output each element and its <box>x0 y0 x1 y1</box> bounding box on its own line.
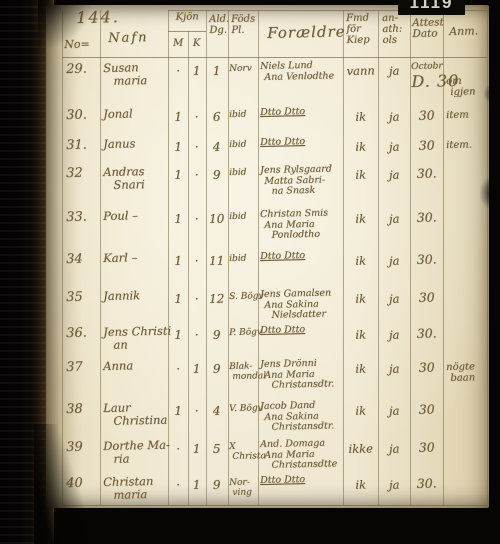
register-table: 144. No= Nafn Kjön M K Ald.Dg. FödsPl. F… <box>0 0 500 544</box>
column-header-parents: Forældre <box>267 22 346 42</box>
vaccinated-cell: ja <box>380 211 408 226</box>
parents-cell: Dtto Dtto <box>260 474 342 486</box>
birthplace-cell: Norv <box>229 63 257 74</box>
parents-cell: Jens GamalsenAna SakinaNielsdatter <box>260 288 343 321</box>
column-header-attest-date: AttestDato <box>412 17 444 40</box>
gender-female-cell: · <box>189 140 204 154</box>
birthplace-cell: Blak-mondal <box>229 361 257 382</box>
age-cell: 9 <box>207 328 226 342</box>
gender-female-cell: · <box>189 292 204 306</box>
pox-before-cell: ikke <box>345 441 376 456</box>
name-cell: Janus <box>103 137 167 151</box>
parents-cell: Jens DrönniAna MariaChristansdtr. <box>260 358 343 391</box>
age-cell: 5 <box>207 442 226 456</box>
row-number-cell: 32 <box>66 165 98 181</box>
row-number-cell: 31. <box>66 137 98 153</box>
grid-line-vertical <box>100 10 101 505</box>
grid-line-vertical <box>258 10 259 505</box>
vaccinated-cell: ja <box>380 109 408 124</box>
vaccinated-cell: ja <box>380 441 408 456</box>
attest-date-cell: OctobrD. 30 <box>411 61 443 91</box>
pox-before-cell: ik <box>345 139 376 154</box>
birthplace-cell: P. Bögv <box>229 327 257 338</box>
row-number-cell: 37 <box>66 359 98 375</box>
birthplace-cell: Nor-ving <box>229 477 257 498</box>
attest-date-cell: 30 <box>411 439 442 455</box>
pox-before-cell: ik <box>345 211 376 226</box>
name-cell: Jonal <box>103 107 167 121</box>
attest-date-cell: 30. <box>411 325 442 341</box>
pox-before-cell: ik <box>345 477 376 492</box>
gender-male-cell: · <box>170 442 186 456</box>
gender-subheader-k: K <box>189 38 204 49</box>
grid-line-horizontal <box>62 505 487 506</box>
gender-male-cell: 1 <box>170 212 186 226</box>
vaccinated-cell: ja <box>380 361 408 376</box>
row-number-cell: 34 <box>66 251 98 267</box>
parents-cell: Niels LundAna Venlodthe <box>260 60 342 83</box>
row-number-cell: 33. <box>66 209 98 225</box>
pox-before-cell: ik <box>345 327 376 342</box>
row-number-cell: 39 <box>66 439 98 455</box>
attest-date-cell: 30 <box>411 107 442 123</box>
gender-male-cell: 1 <box>170 110 186 124</box>
age-cell: 9 <box>207 362 226 376</box>
vaccinated-cell: ja <box>380 327 408 342</box>
column-header-name: Nafn <box>108 30 149 46</box>
column-header-vaccinated: an-ath:ols <box>382 13 402 46</box>
name-cell: Anna <box>103 359 167 373</box>
gender-female-cell: 1 <box>189 442 204 456</box>
parents-cell: Dtto Dtto <box>260 324 342 336</box>
column-header-age: Ald.Dg. <box>209 14 229 36</box>
gender-male-cell: 1 <box>170 404 186 418</box>
name-cell: AndrasSnari <box>103 165 168 192</box>
remark-cell: omigjen <box>446 75 486 98</box>
film-frame-tab: 1119 <box>398 0 465 15</box>
birthplace-cell: ibid <box>229 167 257 178</box>
vaccinated-cell: ja <box>380 63 408 78</box>
gender-male-cell: 1 <box>170 254 186 268</box>
vaccinated-cell: ja <box>380 291 408 306</box>
attest-date-cell: 30 <box>411 401 442 417</box>
birthplace-cell: ibid <box>229 253 257 264</box>
register-photo: 144. No= Nafn Kjön M K Ald.Dg. FödsPl. F… <box>0 0 500 544</box>
parents-cell: Jacob DandAna SakinaChristansdtr. <box>260 400 343 433</box>
vaccinated-cell: ja <box>380 477 408 492</box>
column-header-gender: Kjön <box>168 11 206 23</box>
birthplace-cell: ibid <box>229 109 257 120</box>
gender-female-cell: · <box>189 254 204 268</box>
gender-male-cell: 1 <box>170 168 186 182</box>
grid-line-vertical <box>168 10 169 505</box>
remark-cell: item. <box>446 139 486 151</box>
column-header-no: No= <box>64 37 90 51</box>
attest-date-cell: 30 <box>411 289 442 305</box>
attest-date-cell: 30. <box>411 209 442 225</box>
birthplace-cell: S. Bögv <box>229 291 257 302</box>
remark-cell: item <box>446 109 486 121</box>
name-cell: LaurChristina <box>103 401 168 428</box>
pox-before-cell: ik <box>345 167 376 182</box>
gender-female-cell: 1 <box>189 64 204 78</box>
grid-line-vertical <box>487 10 488 505</box>
remark-cell: nögtebaan <box>446 361 486 384</box>
gender-male-cell: 1 <box>170 328 186 342</box>
age-cell: 6 <box>207 110 226 124</box>
age-cell: 4 <box>207 140 226 154</box>
gender-female-cell: · <box>189 212 204 226</box>
birthplace-cell: ibid <box>229 211 257 222</box>
pox-before-cell: ik <box>345 361 376 376</box>
grid-line-vertical <box>343 10 344 505</box>
age-cell: 4 <box>207 404 226 418</box>
birthplace-cell: V. Bögv <box>229 403 257 414</box>
parents-cell: Jens RylsgaardMatta Sabri-na Snask <box>260 164 343 197</box>
attest-date-cell: 30 <box>411 137 442 153</box>
parents-cell: Christan SmisAna MariaPonlodtho <box>260 208 343 241</box>
parents-cell: Dtto Dtto <box>260 106 342 118</box>
gender-female-cell: · <box>189 168 204 182</box>
gender-female-cell: 1 <box>189 478 204 492</box>
name-cell: Dorthe Ma-ria <box>103 439 168 466</box>
name-cell: Jannik <box>103 289 167 303</box>
column-header-remarks: Anm. <box>449 24 478 38</box>
vaccinated-cell: ja <box>380 167 408 182</box>
column-header-birthplace: FödsPl. <box>231 13 255 35</box>
row-number-cell: 36. <box>66 325 98 341</box>
birthplace-cell: ibid <box>229 139 257 150</box>
attest-date-cell: 30. <box>411 251 442 267</box>
row-number-cell: 30. <box>66 107 98 123</box>
attest-date-cell: 30. <box>411 475 442 491</box>
gender-subheader-m: M <box>169 38 187 49</box>
grid-line-horizontal <box>62 57 487 58</box>
film-frame-number: 1119 <box>410 0 454 13</box>
gender-female-cell: · <box>189 110 204 124</box>
grid-line-vertical <box>62 10 63 505</box>
age-cell: 9 <box>207 168 226 182</box>
age-cell: 10 <box>207 212 226 226</box>
age-cell: 9 <box>207 478 226 492</box>
grid-line-horizontal <box>168 31 206 32</box>
vaccinated-cell: ja <box>380 403 408 418</box>
name-cell: Jens Christian <box>103 325 168 352</box>
gender-female-cell: · <box>189 328 204 342</box>
parents-cell: Dtto Dtto <box>260 136 342 148</box>
column-header-pox-before: FmdförKiep <box>346 13 370 46</box>
name-cell: Karl – <box>103 251 167 265</box>
row-number-cell: 38 <box>66 401 98 417</box>
attest-date-cell: 30 <box>411 359 442 375</box>
vaccinated-cell: ja <box>380 139 408 154</box>
pox-before-cell: ik <box>345 109 376 124</box>
page-number: 144. <box>76 7 120 27</box>
name-cell: Christanmaria <box>103 475 168 502</box>
name-cell: Poul – <box>103 209 167 223</box>
gender-male-cell: · <box>170 64 186 78</box>
gender-female-cell: 1 <box>189 362 204 376</box>
grid-line-vertical <box>378 10 379 505</box>
age-cell: 11 <box>207 254 226 268</box>
gender-male-cell: · <box>170 362 186 376</box>
age-cell: 1 <box>207 64 226 78</box>
gender-male-cell: · <box>170 478 186 492</box>
attest-date-cell: 30. <box>411 165 442 181</box>
birthplace-cell: XChrista <box>229 441 257 462</box>
name-cell: Susanmaria <box>103 61 168 88</box>
pox-before-cell: ik <box>345 253 376 268</box>
vaccinated-cell: ja <box>380 253 408 268</box>
parents-cell: And. DomagaAna MariaChristansdtte <box>260 438 343 471</box>
row-number-cell: 29. <box>66 61 98 77</box>
gender-female-cell: · <box>189 404 204 418</box>
row-number-cell: 40 <box>66 475 98 491</box>
pox-before-cell: vann <box>345 63 376 78</box>
gender-male-cell: 1 <box>170 140 186 154</box>
pox-before-cell: ik <box>345 291 376 306</box>
row-number-cell: 35 <box>66 289 98 305</box>
age-cell: 12 <box>207 292 226 306</box>
pox-before-cell: ik <box>345 403 376 418</box>
parents-cell: Dtto Dtto <box>260 250 342 262</box>
gender-male-cell: 1 <box>170 292 186 306</box>
